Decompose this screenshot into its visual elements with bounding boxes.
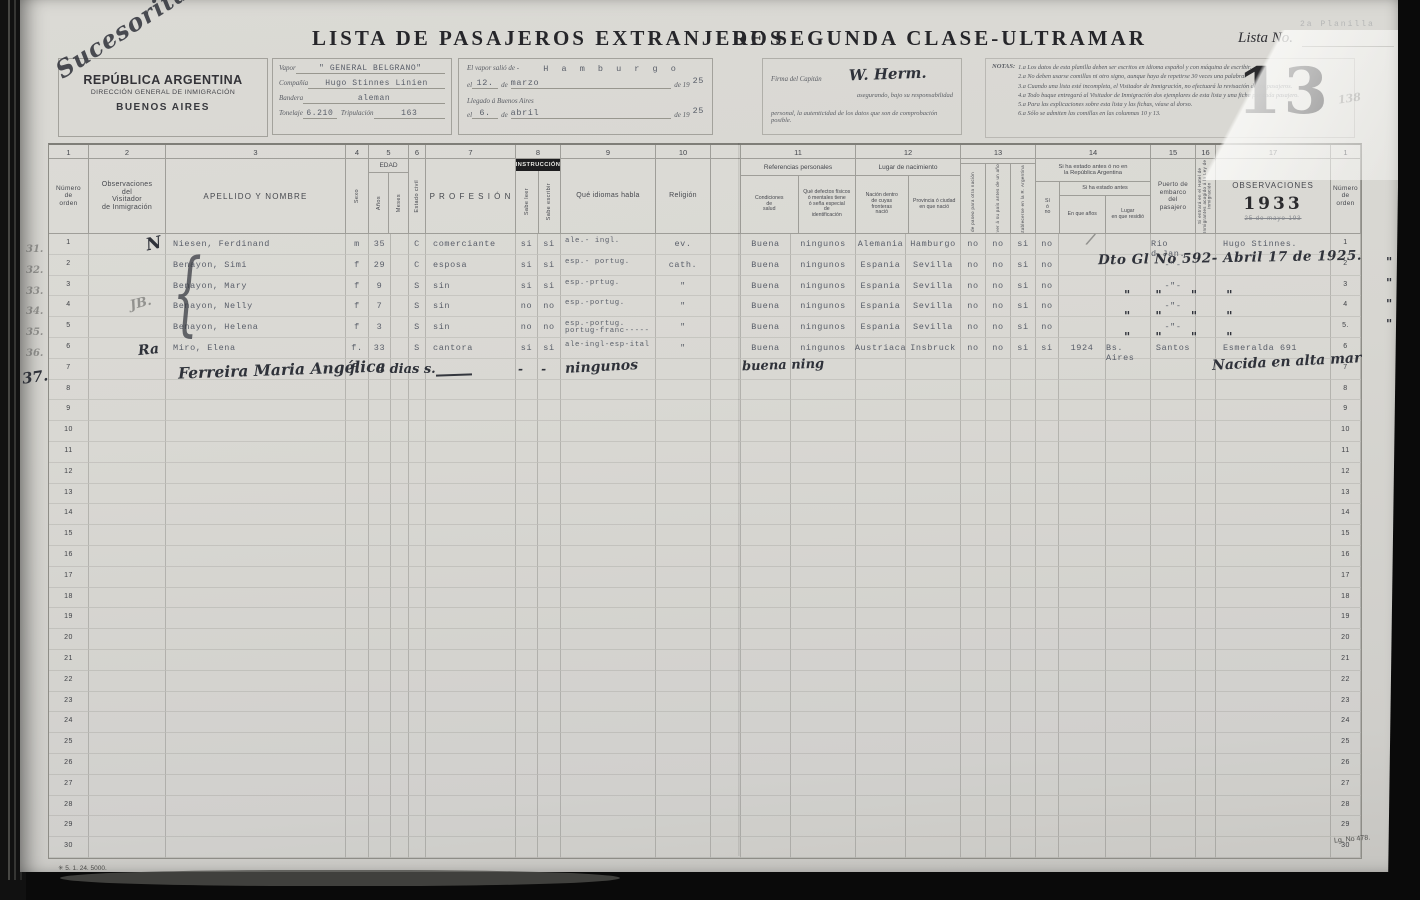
cell-lugar-row8	[1106, 380, 1151, 401]
cell-obs-row6	[89, 338, 166, 359]
cell-obs-row28	[89, 796, 166, 817]
cell-leer-row12	[516, 463, 538, 484]
cell-hotel-row15	[1196, 525, 1216, 546]
cell-p3-row28	[1011, 796, 1036, 817]
cell-leer-row28	[516, 796, 538, 817]
cell-leer-row9	[516, 400, 538, 421]
cell-name-row22	[166, 671, 346, 692]
cell-p3-row8	[1011, 380, 1036, 401]
cell-sino-row24	[1036, 712, 1059, 733]
cell-civil-row10	[409, 421, 426, 442]
cell-gap-row29	[711, 816, 741, 837]
cell-civil-row25	[409, 733, 426, 754]
cell-lugar-row1	[1106, 234, 1151, 255]
cell-meses-row16	[391, 546, 409, 567]
cell-p1-row10	[961, 421, 986, 442]
cell-obs-row20	[89, 629, 166, 650]
cell-anios-row21	[1059, 650, 1106, 671]
col-number: 13	[961, 145, 1036, 159]
cell-prof-row4: sin	[426, 296, 516, 317]
cell-puerto-row15	[1151, 525, 1196, 546]
cell-prof-row27	[426, 775, 516, 796]
cell-p1-row29	[961, 816, 986, 837]
cell-n-row10: 10	[49, 421, 89, 442]
cell-anos-row29	[369, 816, 391, 837]
cell-n-row25: 25	[49, 733, 89, 754]
cell-provincia-row13	[906, 484, 961, 505]
cell-salud-row28	[741, 796, 791, 817]
cell-sino-row26	[1036, 754, 1059, 775]
cell-p3-row22	[1011, 671, 1036, 692]
cell-lugar-row22	[1106, 671, 1151, 692]
cell-civil-row27	[409, 775, 426, 796]
cell-p1-row3: no	[961, 276, 986, 297]
cell-hotel-row22	[1196, 671, 1216, 692]
cell-escribir-row25	[538, 733, 561, 754]
cell-civil-row11	[409, 442, 426, 463]
cell-prof-row11	[426, 442, 516, 463]
cell-n2-row12: 12	[1331, 463, 1361, 484]
cell-n-row26: 26	[49, 754, 89, 775]
cell-defectos-row4: ningunos	[791, 296, 856, 317]
cell-meses-row13	[391, 484, 409, 505]
cell-sexo-row6: f.	[346, 338, 369, 359]
cell-idiomas-row16	[561, 546, 656, 567]
cell-p3-row16	[1011, 546, 1036, 567]
cell-n-row8: 8	[49, 380, 89, 401]
header-meses: Meses	[389, 173, 408, 233]
cell-leer-row25	[516, 733, 538, 754]
cell-name-row24	[166, 712, 346, 733]
header-observaciones-visitador: Observaciones del Visitador de Inmigraci…	[89, 159, 166, 234]
cell-anios-row23	[1059, 692, 1106, 713]
cell-idiomas-row23	[561, 692, 656, 713]
cell-n2-row25: 25	[1331, 733, 1361, 754]
cell-civil-row9	[409, 400, 426, 421]
cell-n-row13: 13	[49, 484, 89, 505]
cell-anios-row6: 1924	[1059, 338, 1106, 359]
cell-anos-row19	[369, 608, 391, 629]
cell-sexo-row16	[346, 546, 369, 567]
cell-n2-row9: 9	[1331, 400, 1361, 421]
cell-lugar-row26	[1106, 754, 1151, 775]
cell-relig-row17	[656, 567, 711, 588]
cell-escribir-row16	[538, 546, 561, 567]
cell-name-row30	[166, 837, 346, 858]
tripulacion-label: Tripulación	[341, 109, 374, 119]
cell-sexo-row3: f	[346, 276, 369, 297]
cell-nacion-row6: Austriaca	[856, 338, 906, 359]
cell-escribir-row7	[538, 359, 561, 380]
cell-n2-row15: 15	[1331, 525, 1361, 546]
col-number: 7	[426, 145, 516, 159]
cell-civil-row18	[409, 588, 426, 609]
cell-civil-row19	[409, 608, 426, 629]
cell-name-row27	[166, 775, 346, 796]
cell-idiomas-row4: esp.-portug.	[561, 296, 656, 317]
cell-salud-row8	[741, 380, 791, 401]
cell-anios-row25	[1059, 733, 1106, 754]
cell-defectos-row15	[791, 525, 856, 546]
margin-ditto-marks: " " " "	[1386, 252, 1392, 335]
cell-name-row20	[166, 629, 346, 650]
cell-relig-row3: "	[656, 276, 711, 297]
cell-provincia-row21	[906, 650, 961, 671]
cell-prof-row12	[426, 463, 516, 484]
cell-salud-row22	[741, 671, 791, 692]
cell-n2-row19: 19	[1331, 608, 1361, 629]
cell-obs17-row1: Hugo Stinnes.	[1216, 234, 1331, 255]
cell-sexo-row29	[346, 816, 369, 837]
cell-gap-row6	[711, 338, 741, 359]
cell-relig-row19	[656, 608, 711, 629]
cell-relig-row1: ev.	[656, 234, 711, 255]
cell-leer-row7	[516, 359, 538, 380]
cell-idiomas-row17	[561, 567, 656, 588]
cell-civil-row7	[409, 359, 426, 380]
cell-n-row9: 9	[49, 400, 89, 421]
cell-hotel-row27	[1196, 775, 1216, 796]
cell-obs-row27	[89, 775, 166, 796]
cell-hotel-row7	[1196, 359, 1216, 380]
cell-idiomas-row9	[561, 400, 656, 421]
cell-relig-row6: "	[656, 338, 711, 359]
org-line2: DIRECCIÓN GENERAL DE INMIGRACIÓN	[59, 89, 267, 96]
cell-anos-row13	[369, 484, 391, 505]
cell-prof-row6: cantora	[426, 338, 516, 359]
cell-obs17-row13	[1216, 484, 1331, 505]
cell-p1-row12	[961, 463, 986, 484]
cell-anos-row2: 29	[369, 255, 391, 276]
cell-nacion-row3: Espania	[856, 276, 906, 297]
col-number: 12	[856, 145, 961, 159]
cell-p2-row23	[986, 692, 1011, 713]
cell-prof-row14	[426, 504, 516, 525]
cell-leer-row3: si	[516, 276, 538, 297]
cell-gap-row28	[711, 796, 741, 817]
cell-defectos-row17	[791, 567, 856, 588]
cell-defectos-row2: ningunos	[791, 255, 856, 276]
cell-obs-row17	[89, 567, 166, 588]
cell-name-row15	[166, 525, 346, 546]
cell-lugar-row23	[1106, 692, 1151, 713]
cell-leer-row2: si	[516, 255, 538, 276]
scanner-shadow	[60, 870, 620, 886]
header-proposito-b: Si piensa volver á su país antes de un a…	[986, 164, 1011, 234]
cell-nacion-row12	[856, 463, 906, 484]
cell-anos-row21	[369, 650, 391, 671]
cell-relig-row30	[656, 837, 711, 858]
cell-lugar-row15	[1106, 525, 1151, 546]
cell-anios-row28	[1059, 796, 1106, 817]
cell-obs-row29	[89, 816, 166, 837]
salio-puerto: H a m b u r g o	[519, 64, 704, 74]
cell-n-row6: 6	[49, 338, 89, 359]
cell-provincia-row9	[906, 400, 961, 421]
cell-obs-row1	[89, 234, 166, 255]
cell-leer-row17	[516, 567, 538, 588]
cell-anos-row15	[369, 525, 391, 546]
cell-p2-row18	[986, 588, 1011, 609]
cell-sexo-row28	[346, 796, 369, 817]
cell-p3-row19	[1011, 608, 1036, 629]
cell-defectos-row30	[791, 837, 856, 858]
cell-name-row29	[166, 816, 346, 837]
cell-obs17-row9	[1216, 400, 1331, 421]
cell-gap-row18	[711, 588, 741, 609]
cell-n-row12: 12	[49, 463, 89, 484]
header-si-o-no: Sí ó no	[1036, 182, 1060, 233]
mes1: marzo	[511, 78, 672, 89]
header-referencias: Referencias personales Condiciones de sa…	[741, 159, 856, 234]
cell-nacion-row8	[856, 380, 906, 401]
cell-n-row16: 16	[49, 546, 89, 567]
cell-sexo-row7	[346, 359, 369, 380]
cell-salud-row21	[741, 650, 791, 671]
cell-p1-row7	[961, 359, 986, 380]
cell-gap-row5	[711, 317, 741, 338]
cell-sino-row4: no	[1036, 296, 1059, 317]
cell-p1-row8	[961, 380, 986, 401]
cell-idiomas-row25	[561, 733, 656, 754]
cell-sexo-row9	[346, 400, 369, 421]
cell-p2-row26	[986, 754, 1011, 775]
cell-salud-row14	[741, 504, 791, 525]
cell-idiomas-row5: esp.-portug. portug-franc-----	[561, 317, 656, 338]
tonelaje-label: Tonelaje	[279, 109, 303, 119]
cell-prof-row13	[426, 484, 516, 505]
cell-leer-row21	[516, 650, 538, 671]
cell-civil-row2: C	[409, 255, 426, 276]
cell-p2-row20	[986, 629, 1011, 650]
cell-prof-row3: sin	[426, 276, 516, 297]
cell-idiomas-row6: ale-ingl-esp-ital	[561, 338, 656, 359]
cell-obs17-row24	[1216, 712, 1331, 733]
cell-anios-row12	[1059, 463, 1106, 484]
header-proposito-a: Si viene de paseo para otra nación	[961, 164, 986, 234]
col-number: 10	[656, 145, 711, 159]
cell-anos-row24	[369, 712, 391, 733]
cell-relig-row15	[656, 525, 711, 546]
cell-n2-row11: 11	[1331, 442, 1361, 463]
cell-p3-row5: si	[1011, 317, 1036, 338]
cell-puerto-row14	[1151, 504, 1196, 525]
cell-defectos-row25	[791, 733, 856, 754]
cell-hotel-row5	[1196, 317, 1216, 338]
cell-anos-row14	[369, 504, 391, 525]
cell-sino-row18	[1036, 588, 1059, 609]
header-profesion: P R O F E S I Ó N	[426, 159, 516, 234]
vapor-value: " GENERAL BELGRANO"	[296, 64, 445, 74]
salio-label: El vapor salió de -	[467, 64, 519, 74]
cell-p1-row14	[961, 504, 986, 525]
cell-puerto-row21	[1151, 650, 1196, 671]
cell-n2-row14: 14	[1331, 504, 1361, 525]
cell-p3-row9	[1011, 400, 1036, 421]
cell-anios-row2	[1059, 255, 1106, 276]
cell-gap-row10	[711, 421, 741, 442]
cell-p3-row26	[1011, 754, 1036, 775]
cell-anios-row19	[1059, 608, 1106, 629]
cell-hotel-row8	[1196, 380, 1216, 401]
cell-anos-row27	[369, 775, 391, 796]
cell-sino-row1: no	[1036, 234, 1059, 255]
cell-sexo-row5: f	[346, 317, 369, 338]
cell-sino-row5: no	[1036, 317, 1059, 338]
col-number: 3	[166, 145, 346, 159]
col-number: 4	[346, 145, 369, 159]
cell-defectos-row12	[791, 463, 856, 484]
cell-defectos-row7	[791, 359, 856, 380]
cell-obs17-row2	[1216, 255, 1331, 276]
cell-provincia-row22	[906, 671, 961, 692]
cell-meses-row7	[391, 359, 409, 380]
header-provincia: Provincia ó ciudad en que nació	[909, 176, 961, 233]
anio2: 25	[693, 106, 704, 116]
cell-hotel-row1	[1196, 234, 1216, 255]
cell-prof-row5: sin	[426, 317, 516, 338]
page-title: LISTA DE PASAJEROS EXTRANJEROS	[312, 26, 785, 51]
cell-sino-row17	[1036, 567, 1059, 588]
sail-box: El vapor salió de -H a m b u r g o el12.…	[458, 58, 713, 135]
cell-leer-row16	[516, 546, 538, 567]
cell-hotel-row11	[1196, 442, 1216, 463]
cell-nacion-row16	[856, 546, 906, 567]
tonelaje-value: 6.210	[303, 109, 337, 119]
cell-provincia-row8	[906, 380, 961, 401]
cell-n2-row27: 27	[1331, 775, 1361, 796]
cell-puerto-row7	[1151, 359, 1196, 380]
cell-n-row27: 27	[49, 775, 89, 796]
cell-lugar-row14	[1106, 504, 1151, 525]
cell-p2-row29	[986, 816, 1011, 837]
cell-escribir-row10	[538, 421, 561, 442]
cell-escribir-row18	[538, 588, 561, 609]
cell-hotel-row26	[1196, 754, 1216, 775]
cell-sino-row11	[1036, 442, 1059, 463]
cell-obs-row3	[89, 276, 166, 297]
cell-defectos-row20	[791, 629, 856, 650]
cell-n2-row29: 29	[1331, 816, 1361, 837]
cell-leer-row22	[516, 671, 538, 692]
cell-anios-row27	[1059, 775, 1106, 796]
cell-puerto-row16	[1151, 546, 1196, 567]
cell-puerto-row11	[1151, 442, 1196, 463]
cell-salud-row6: Buena	[741, 338, 791, 359]
cell-sino-row8	[1036, 380, 1059, 401]
cell-anios-row18	[1059, 588, 1106, 609]
header-numero-orden-right: Número de orden	[1331, 159, 1361, 234]
cell-puerto-row27	[1151, 775, 1196, 796]
cell-gap-row3	[711, 276, 741, 297]
cell-idiomas-row12	[561, 463, 656, 484]
cell-relig-row21	[656, 650, 711, 671]
cell-nacion-row4: Espania	[856, 296, 906, 317]
cell-n-row29: 29	[49, 816, 89, 837]
cell-p2-row16	[986, 546, 1011, 567]
cell-obs17-row27	[1216, 775, 1331, 796]
cell-n-row18: 18	[49, 588, 89, 609]
bandera-value: aleman	[303, 94, 445, 104]
cell-hotel-row16	[1196, 546, 1216, 567]
llegado-label: Llegado á Buenos Aires	[467, 97, 704, 105]
cell-anos-row23	[369, 692, 391, 713]
cell-nacion-row28	[856, 796, 906, 817]
cell-defectos-row26	[791, 754, 856, 775]
cell-salud-row2: Buena	[741, 255, 791, 276]
cell-p3-row2: si	[1011, 255, 1036, 276]
cell-obs17-row17	[1216, 567, 1331, 588]
cell-p2-row13	[986, 484, 1011, 505]
cell-anos-row3: 9	[369, 276, 391, 297]
cell-sexo-row14	[346, 504, 369, 525]
cell-prof-row8	[426, 380, 516, 401]
cell-obs17-row26	[1216, 754, 1331, 775]
col-number: 14	[1036, 145, 1151, 159]
cell-hotel-row13	[1196, 484, 1216, 505]
cell-meses-row20	[391, 629, 409, 650]
cell-n-row23: 23	[49, 692, 89, 713]
cell-gap-row13	[711, 484, 741, 505]
cell-provincia-row16	[906, 546, 961, 567]
cell-defectos-row28	[791, 796, 856, 817]
pencil-number: 138	[1337, 90, 1362, 106]
cell-hotel-row25	[1196, 733, 1216, 754]
cell-p3-row17	[1011, 567, 1036, 588]
cell-p1-row20	[961, 629, 986, 650]
cell-escribir-row1: si	[538, 234, 561, 255]
cell-idiomas-row1: ale.- ingl.	[561, 234, 656, 255]
cell-provincia-row27	[906, 775, 961, 796]
cell-prof-row23	[426, 692, 516, 713]
cell-n2-row13: 13	[1331, 484, 1361, 505]
cell-n-row1: 1	[49, 234, 89, 255]
cell-provincia-row29	[906, 816, 961, 837]
cell-defectos-row6: ningunos	[791, 338, 856, 359]
cell-p3-row10	[1011, 421, 1036, 442]
cell-p1-row5: no	[961, 317, 986, 338]
header-condiciones-salud: Condiciones de salud	[741, 176, 799, 233]
cell-escribir-row27	[538, 775, 561, 796]
cell-sino-row6: si	[1036, 338, 1059, 359]
cell-sino-row9	[1036, 400, 1059, 421]
cell-p1-row19	[961, 608, 986, 629]
cell-p3-row24	[1011, 712, 1036, 733]
cell-name-row25	[166, 733, 346, 754]
cell-escribir-row30	[538, 837, 561, 858]
cell-gap-row16	[711, 546, 741, 567]
cell-civil-row23	[409, 692, 426, 713]
cell-nacion-row14	[856, 504, 906, 525]
cell-hotel-row21	[1196, 650, 1216, 671]
cell-obs-row11	[89, 442, 166, 463]
cell-name-row28	[166, 796, 346, 817]
cell-gap-row17	[711, 567, 741, 588]
cell-gap-row27	[711, 775, 741, 796]
cell-name-row1: Niesen, Ferdinand	[166, 234, 346, 255]
cell-obs-row4	[89, 296, 166, 317]
col-gap	[711, 145, 741, 159]
cell-civil-row28	[409, 796, 426, 817]
cell-lugar-row20	[1106, 629, 1151, 650]
cell-nacion-row24	[856, 712, 906, 733]
cell-puerto-row4: -"-	[1151, 296, 1196, 317]
cell-escribir-row22	[538, 671, 561, 692]
cell-lugar-row19	[1106, 608, 1151, 629]
de-label: de	[501, 111, 508, 119]
cell-nacion-row17	[856, 567, 906, 588]
cell-relig-row2: cath.	[656, 255, 711, 276]
